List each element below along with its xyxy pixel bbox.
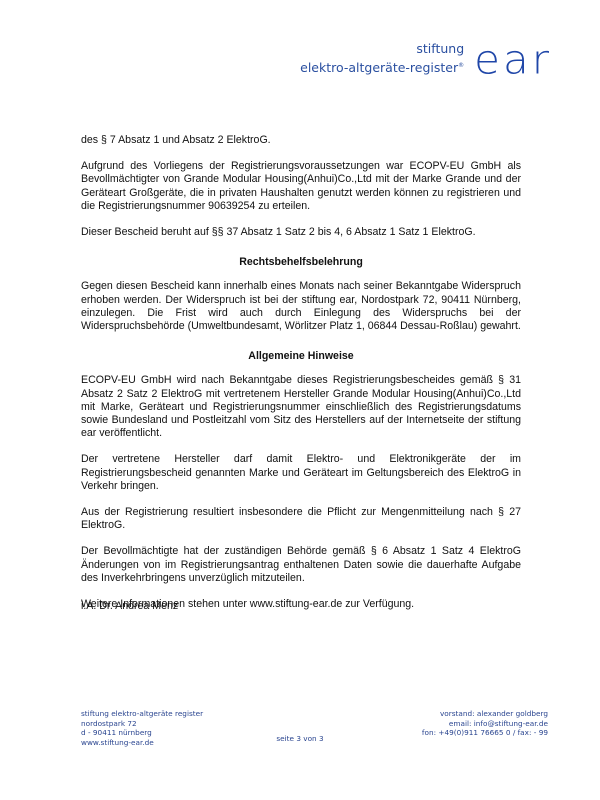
document-body: des § 7 Absatz 1 und Absatz 2 ElektroG. … <box>81 134 521 624</box>
note-market-placement: Der vertretene Hersteller darf damit Ele… <box>81 453 521 493</box>
logo-wordmark: stiftung elektro-altgeräte-register® <box>300 40 464 76</box>
logo-line-1: stiftung <box>300 40 464 57</box>
ear-logo-mark: ear <box>474 43 552 77</box>
paragraph-intro: des § 7 Absatz 1 und Absatz 2 ElektroG. <box>81 134 521 147</box>
signature: i.A. Dr. Andrea Menz <box>81 600 178 612</box>
note-quantity-reporting: Aus der Registrierung resultiert insbeso… <box>81 506 521 532</box>
footer-board: vorstand: alexander goldberg <box>422 709 548 719</box>
stiftung-ear-logo: stiftung elektro-altgeräte-register® ear <box>300 40 552 78</box>
paragraph-legal-basis: Dieser Bescheid beruht auf §§ 37 Absatz … <box>81 226 521 239</box>
heading-allgemeine-hinweise: Allgemeine Hinweise <box>81 350 521 363</box>
note-change-notification: Der Bevollmächtigte hat der zuständigen … <box>81 545 521 585</box>
footer-email-link[interactable]: email: info@stiftung-ear.de <box>422 719 548 729</box>
footer-street: nordostpark 72 <box>81 719 203 729</box>
note-publication: ECOPV-EU GmbH wird nach Bekanntgabe dies… <box>81 374 521 440</box>
footer-contact: vorstand: alexander goldberg email: info… <box>422 709 548 738</box>
paragraph-rechtsbehelfsbelehrung: Gegen diesen Bescheid kann innerhalb ein… <box>81 280 521 333</box>
heading-rechtsbehelfsbelehrung: Rechtsbehelfsbelehrung <box>81 256 521 269</box>
logo-line-2: elektro-altgeräte-register® <box>300 57 464 76</box>
footer-phone-fax: fon: +49(0)911 76665 0 / fax: - 99 <box>422 728 548 738</box>
paragraph-registration: Aufgrund des Vorliegens der Registrierun… <box>81 160 521 213</box>
footer-org-name: stiftung elektro-altgeräte register <box>81 709 203 719</box>
registered-mark: ® <box>458 62 464 69</box>
